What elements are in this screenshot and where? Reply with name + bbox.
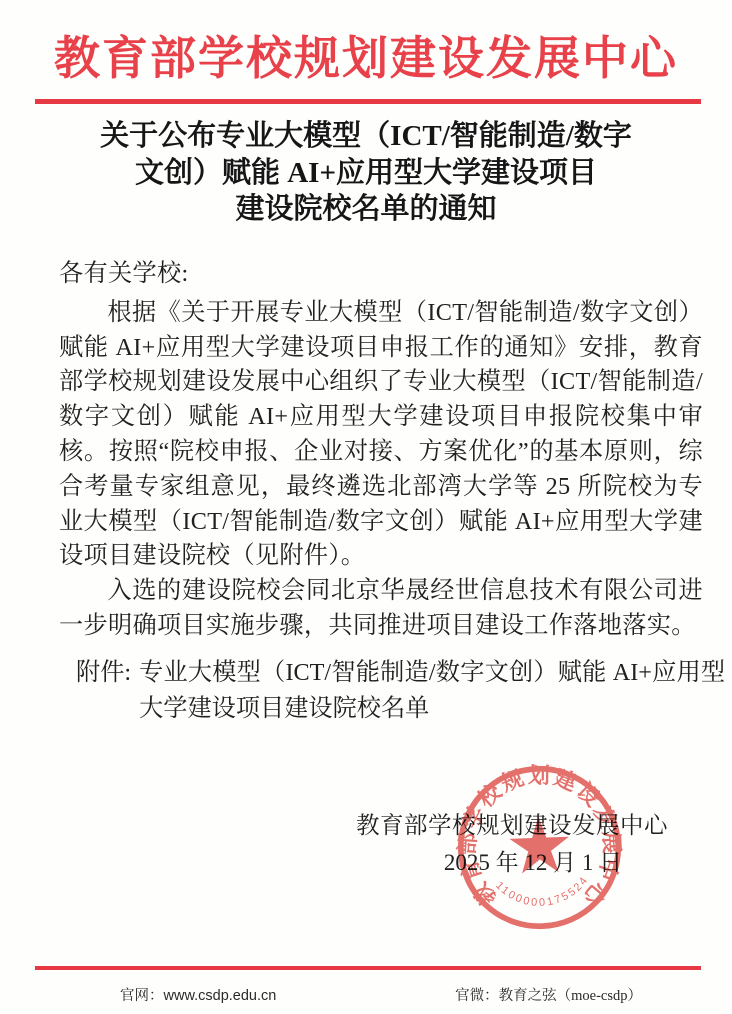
footer-divider-rule bbox=[35, 966, 701, 970]
seal-star-icon bbox=[509, 815, 570, 874]
footer-wechat-label: 官微： bbox=[455, 988, 499, 1004]
scanned-notice-document: 教育部学校规划建设发展中心 关于公布专业大模型（ICT/智能制造/数字 文创）赋… bbox=[0, 0, 732, 1014]
notice-body: 各有关学校: 根据《关于开展专业大模型（ICT/智能制造/数字文创）赋能 AI+… bbox=[59, 257, 703, 644]
attachment-label: 附件: bbox=[76, 655, 131, 726]
notice-title-line-2: 文创）赋能 AI+应用型大学建设项目 bbox=[0, 155, 732, 192]
footer-website-url: www.csdp.edu.cn bbox=[164, 988, 277, 1004]
attachment-block: 附件: 专业大模型（ICT/智能制造/数字文创）赋能 AI+应用型大学建设项目建… bbox=[76, 655, 725, 726]
body-paragraph-1: 根据《关于开展专业大模型（ICT/智能制造/数字文创）赋能 AI+应用型大学建设… bbox=[59, 296, 703, 574]
salutation: 各有关学校: bbox=[59, 257, 703, 292]
svg-text:1100000175524: 1100000175524 bbox=[493, 873, 593, 910]
letterhead-divider-rule bbox=[35, 99, 701, 104]
body-paragraph-2: 入选的建设院校会同北京华晟经世信息技术有限公司进一步明确项目实施步骤，共同推进项… bbox=[59, 574, 703, 644]
notice-title-line-3: 建设院校名单的通知 bbox=[0, 191, 732, 228]
notice-title: 关于公布专业大模型（ICT/智能制造/数字 文创）赋能 AI+应用型大学建设项目… bbox=[0, 118, 732, 228]
footer-website-label: 官网： bbox=[120, 988, 164, 1004]
official-seal: 教育部学校规划建设发展中心 1100000175524 bbox=[451, 759, 628, 936]
attachment-text: 专业大模型（ICT/智能制造/数字文创）赋能 AI+应用型大学建设项目建设院校名… bbox=[139, 655, 725, 726]
notice-title-line-1: 关于公布专业大模型（ICT/智能制造/数字 bbox=[0, 118, 732, 155]
footer-website: 官网：www.csdp.edu.cn bbox=[120, 984, 276, 1005]
letterhead-org-name: 教育部学校规划建设发展中心 bbox=[0, 22, 732, 88]
seal-serial-number: 1100000175524 bbox=[493, 873, 593, 910]
footer-wechat: 官微：教育之弦（moe-csdp） bbox=[455, 984, 642, 1005]
footer: 官网：www.csdp.edu.cn 官微：教育之弦（moe-csdp） bbox=[120, 984, 642, 1005]
footer-wechat-account: 教育之弦（moe-csdp） bbox=[499, 988, 642, 1004]
